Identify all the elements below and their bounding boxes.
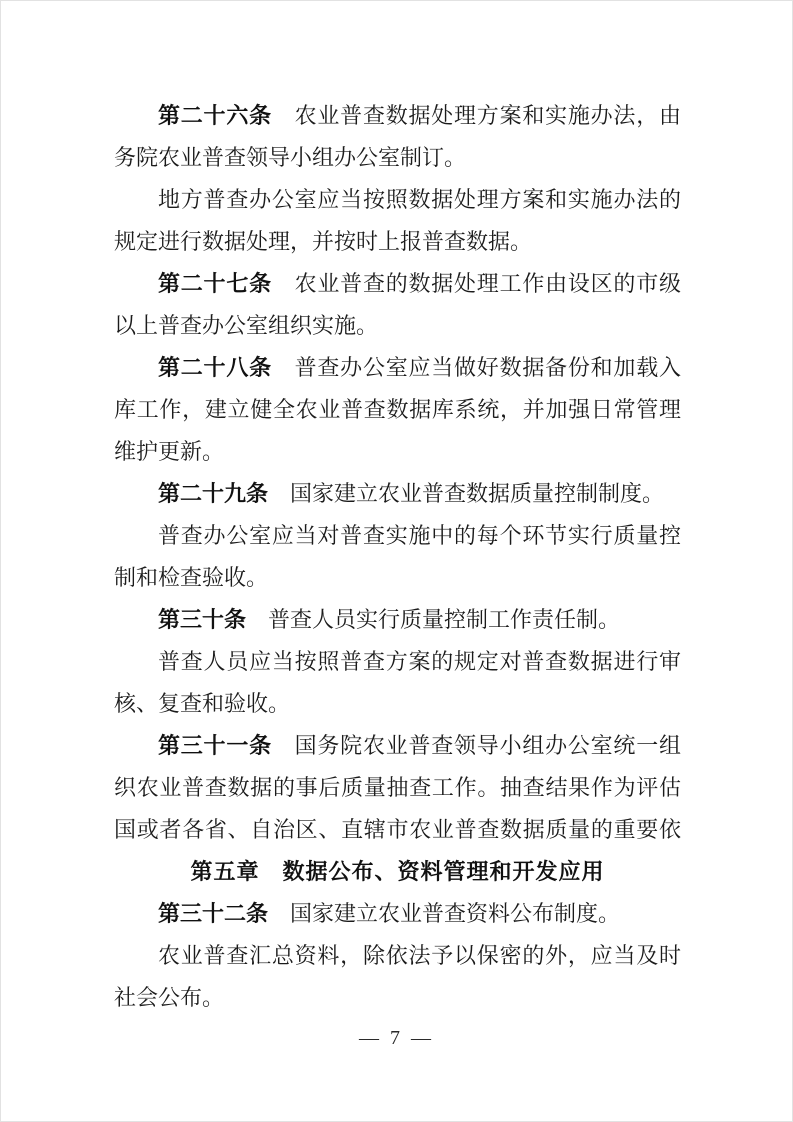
text-run: 社会公布。 — [114, 985, 224, 1010]
page-footer: — 7 — — [1, 1027, 792, 1050]
text-run: 库工作，建立健全农业普查数据库系统，并加强日常管理和 — [114, 397, 681, 431]
text-line: 维护更新。 — [114, 431, 681, 473]
text-run: 农业普查的数据处理工作由设区的市级 — [272, 271, 681, 296]
article-29: 第二十九条 国家建立农业普查数据质量控制制度。 — [114, 473, 681, 515]
chapter-title: 第五章 数据公布、资料管理和开发应用 — [190, 859, 604, 884]
text-line: 普查办公室应当对普查实施中的每个环节实行质量控 — [114, 515, 681, 557]
text-run: 以上普查办公室组织实施。 — [114, 313, 378, 338]
article-number: 第三十条 — [158, 607, 246, 632]
text-run: 国或者各省、自治区、直辖市农业普查数据质量的重要依据。 — [114, 817, 681, 851]
text-line: 第二十八条 普查办公室应当做好数据备份和加载入 — [114, 347, 681, 389]
text-line: 第二十六条 农业普查数据处理方案和实施办法，由国 — [114, 95, 681, 137]
text-line: 规定进行数据处理，并按时上报普查数据。 — [114, 221, 681, 263]
text-line: 第二十七条 农业普查的数据处理工作由设区的市级 — [114, 263, 681, 305]
text-run: 国务院农业普查领导小组办公室统一组 — [272, 733, 681, 758]
text-run: 普查人员实行质量控制工作责任制。 — [246, 607, 620, 632]
text-line: 第三十条 普查人员实行质量控制工作责任制。 — [114, 599, 681, 641]
text-line: 库工作，建立健全农业普查数据库系统，并加强日常管理和 — [114, 389, 681, 431]
article-number: 第二十七条 — [158, 271, 272, 296]
article-26: 第二十六条 农业普查数据处理方案和实施办法，由国务院农业普查领导小组办公室制订。 — [114, 95, 681, 179]
article-28: 第二十八条 普查办公室应当做好数据备份和加载入库工作，建立健全农业普查数据库系统… — [114, 347, 681, 473]
text-run: 维护更新。 — [114, 439, 224, 464]
text-line: 地方普查办公室应当按照数据处理方案和实施办法的 — [114, 179, 681, 221]
article-number: 第二十八条 — [158, 355, 272, 380]
article-27: 第二十七条 农业普查的数据处理工作由设区的市级以上普查办公室组织实施。 — [114, 263, 681, 347]
document-body: 第二十六条 农业普查数据处理方案和实施办法，由国务院农业普查领导小组办公室制订。… — [114, 95, 681, 1019]
text-run: 地方普查办公室应当按照数据处理方案和实施办法的 — [158, 187, 681, 212]
article-number: 第二十六条 — [158, 103, 272, 128]
text-run: 规定进行数据处理，并按时上报普查数据。 — [114, 229, 532, 254]
text-run: 核、复查和验收。 — [114, 691, 290, 716]
article-number: 第三十一条 — [158, 733, 272, 758]
text-run: 国家建立农业普查资料公布制度。 — [268, 901, 620, 926]
article-29-para-2: 普查办公室应当对普查实施中的每个环节实行质量控制和检查验收。 — [114, 515, 681, 599]
text-line: 社会公布。 — [114, 977, 681, 1019]
article-32-para-2: 农业普查汇总资料，除依法予以保密的外，应当及时向社会公布。 — [114, 935, 681, 1019]
chapter-5-heading: 第五章 数据公布、资料管理和开发应用 — [114, 851, 681, 893]
article-31: 第三十一条 国务院农业普查领导小组办公室统一组织农业普查数据的事后质量抽查工作。… — [114, 725, 681, 851]
text-run: 制和检查验收。 — [114, 565, 268, 590]
text-run: 普查办公室应当对普查实施中的每个环节实行质量控 — [158, 523, 681, 548]
article-number: 第二十九条 — [158, 481, 268, 506]
text-run: 农业普查汇总资料，除依法予以保密的外，应当及时向 — [158, 943, 681, 977]
text-run: 务院农业普查领导小组办公室制订。 — [114, 145, 466, 170]
text-line: 第三十二条 国家建立农业普查资料公布制度。 — [114, 893, 681, 935]
text-line: 以上普查办公室组织实施。 — [114, 305, 681, 347]
chapter-heading-line: 第五章 数据公布、资料管理和开发应用 — [114, 851, 681, 893]
text-run: 普查人员应当按照普查方案的规定对普查数据进行审 — [158, 649, 681, 674]
text-line: 核、复查和验收。 — [114, 683, 681, 725]
text-line: 制和检查验收。 — [114, 557, 681, 599]
article-number: 第三十二条 — [158, 901, 268, 926]
text-line: 务院农业普查领导小组办公室制订。 — [114, 137, 681, 179]
text-line: 织农业普查数据的事后质量抽查工作。抽查结果作为评估全 — [114, 767, 681, 809]
article-32: 第三十二条 国家建立农业普查资料公布制度。 — [114, 893, 681, 935]
text-line: 第三十一条 国务院农业普查领导小组办公室统一组 — [114, 725, 681, 767]
text-line: 国或者各省、自治区、直辖市农业普查数据质量的重要依据。 — [114, 809, 681, 851]
document-page: 第二十六条 农业普查数据处理方案和实施办法，由国务院农业普查领导小组办公室制订。… — [0, 0, 793, 1122]
text-line: 第二十九条 国家建立农业普查数据质量控制制度。 — [114, 473, 681, 515]
article-30-para-2: 普查人员应当按照普查方案的规定对普查数据进行审核、复查和验收。 — [114, 641, 681, 725]
article-26-para-2: 地方普查办公室应当按照数据处理方案和实施办法的规定进行数据处理，并按时上报普查数… — [114, 179, 681, 263]
text-line: 普查人员应当按照普查方案的规定对普查数据进行审 — [114, 641, 681, 683]
text-run: 国家建立农业普查数据质量控制制度。 — [268, 481, 664, 506]
article-30: 第三十条 普查人员实行质量控制工作责任制。 — [114, 599, 681, 641]
page-number: — 7 — — [359, 1027, 434, 1049]
text-line: 农业普查汇总资料，除依法予以保密的外，应当及时向 — [114, 935, 681, 977]
text-run: 普查办公室应当做好数据备份和加载入 — [272, 355, 681, 380]
text-run: 织农业普查数据的事后质量抽查工作。抽查结果作为评估全 — [114, 775, 681, 809]
